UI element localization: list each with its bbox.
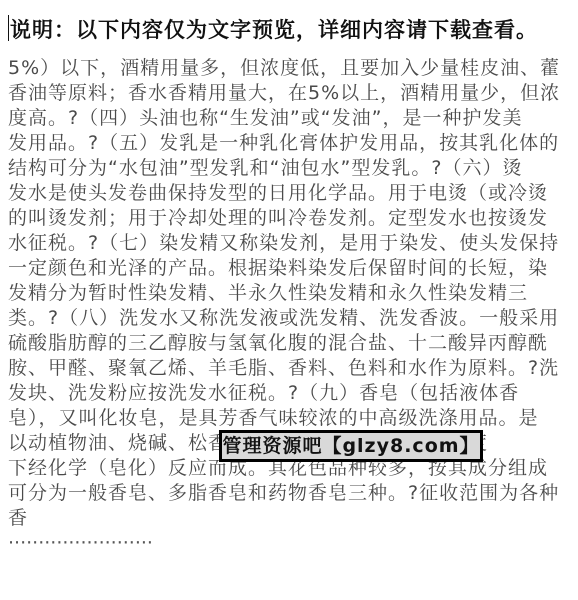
text-line: 一定颜色和光泽的产品。根据染料染发后保留时间的长短，染 <box>8 256 572 281</box>
text-line: 香 <box>8 506 572 531</box>
text-line: 发用品。?（五）发乳是一种乳化膏体护发用品，按其乳化体的 <box>8 131 572 156</box>
text-line: 类。?（八）洗发水又称洗发液或洗发精、洗发香波。一般采用 <box>8 306 572 331</box>
text-line: 香油等原料；香水香精用量大，在5%以上，酒精用量少，但浓 <box>8 81 572 106</box>
text-line: 发精分为暂时性染发精、半永久性染发精和永久性染发精三 <box>8 281 572 306</box>
preview-notice: 说明：以下内容仅为文字预览，详细内容请下载查看。 <box>8 14 570 46</box>
text-cursor <box>8 15 9 41</box>
text-line: 的叫烫发剂；用于冷却处理的叫冷卷发剂。定型发水也按烫发 <box>8 206 572 231</box>
document-body: 5%）以下，酒精用量多，但浓度低，且要加入少量桂皮油、藿 香油等原料；香水香精用… <box>8 56 572 556</box>
preview-notice-text: 说明：以下内容仅为文字预览，详细内容请下载查看。 <box>10 18 538 42</box>
text-line: 皂），又叫化妆皂，是具芳香气味较浓的中高级洗涤用品。是 <box>8 406 572 431</box>
text-line: 发块、洗发粉应按洗发水征税。?（九）香皂（包括液体香 <box>8 381 572 406</box>
text-line: 可分为一般香皂、多脂香皂和药物香皂三种。?征收范围为各种 <box>8 481 572 506</box>
text-line: 结构可分为“水包油”型发乳和“油包水”型发乳。?（六）烫 <box>8 156 572 181</box>
document-preview-page: 说明：以下内容仅为文字预览，详细内容请下载查看。 5%）以下，酒精用量多，但浓度… <box>0 0 578 600</box>
text-line: 硫酸脂肪醇的三乙醇胺与氢氧化腹的混合盐、十二酸异丙醇酰 <box>8 331 572 356</box>
text-line: 胺、甲醛、聚氧乙烯、羊毛脂、香料、色料和水作为原料。?洗 <box>8 356 572 381</box>
watermark-badge: 管理资源吧【glzy8.com】 <box>219 430 483 462</box>
text-line: 5%）以下，酒精用量多，但浓度低，且要加入少量桂皮油、藿 <box>8 56 572 81</box>
text-line: 度高。?（四）头油也称“生发油”或“发油”，是一种护发美 <box>8 106 572 131</box>
ellipsis-line: ························ <box>8 531 572 556</box>
text-line: 水征税。?（七）染发精又称染发剂，是用于染发、使头发保持 <box>8 231 572 256</box>
text-line: 发水是使头发卷曲保持发型的日用化学品。用于电烫（或冷烫 <box>8 181 572 206</box>
